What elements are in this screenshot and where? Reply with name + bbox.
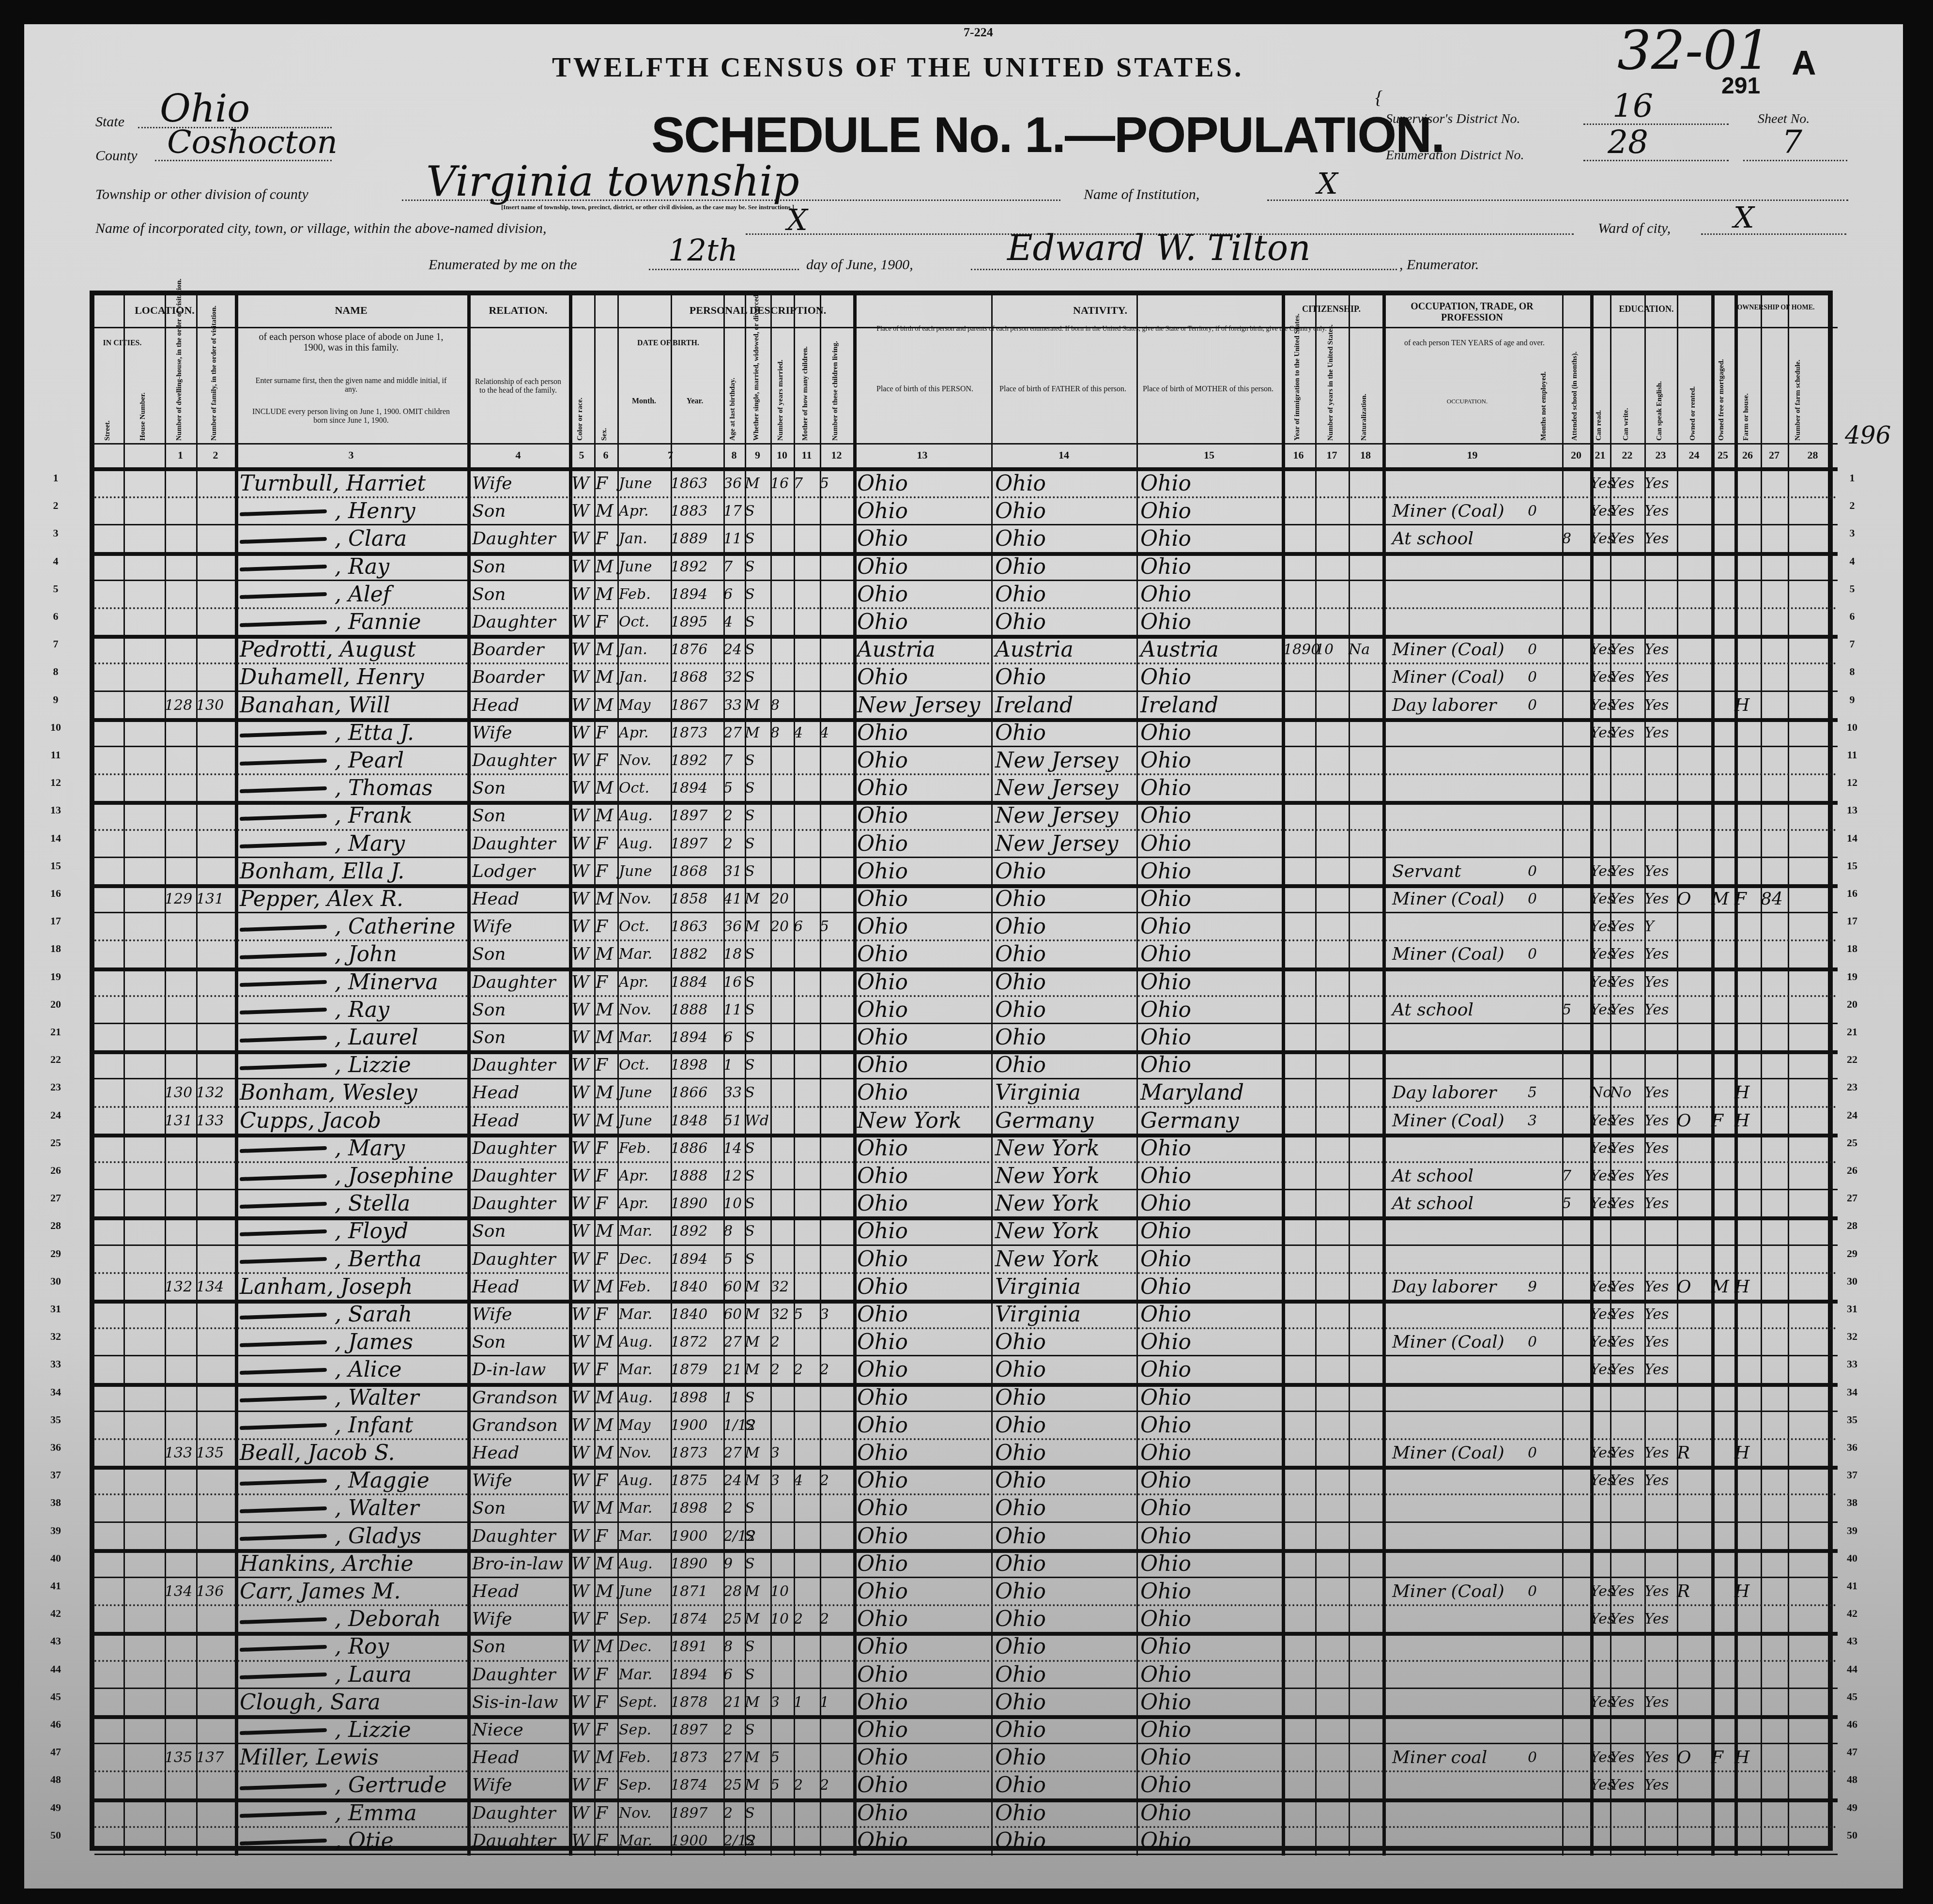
cell-month[interactable]: Jan.: [619, 636, 671, 663]
cell-bp[interactable]: Ohio: [857, 940, 991, 968]
cell-bf[interactable]: Virginia: [995, 1273, 1136, 1301]
cell-bp[interactable]: Ohio: [857, 497, 991, 525]
cell-write[interactable]: Yes: [1610, 1190, 1644, 1217]
cell-bm[interactable]: Ohio: [1140, 968, 1282, 996]
cell-free[interactable]: F: [1711, 1744, 1734, 1771]
cell-read[interactable]: Yes: [1590, 1162, 1610, 1190]
cell-year[interactable]: 1858: [671, 885, 723, 913]
cell-mar[interactable]: S: [745, 1024, 770, 1051]
cell-bp[interactable]: Ohio: [857, 1024, 991, 1051]
cell-age[interactable]: 7: [723, 747, 745, 774]
cell-bm[interactable]: Ohio: [1140, 1384, 1282, 1412]
cell-bp[interactable]: Ohio: [857, 802, 991, 829]
cell-write[interactable]: Yes: [1610, 1605, 1644, 1633]
cell-eng[interactable]: Yes: [1644, 1439, 1677, 1467]
cell-mar[interactable]: M: [745, 1273, 770, 1301]
cell-rel[interactable]: Daughter: [472, 1245, 569, 1273]
name-cell[interactable]: Beall, Jacob S.: [240, 1439, 467, 1467]
cell-mar[interactable]: S: [745, 636, 770, 663]
cell-mar[interactable]: S: [745, 1716, 770, 1744]
cell-bp[interactable]: Ohio: [857, 663, 991, 691]
name-cell[interactable]: , Emma: [240, 1799, 467, 1827]
cell-bf[interactable]: Ohio: [995, 1633, 1136, 1660]
cell-year[interactable]: 1892: [671, 553, 723, 581]
cell-write[interactable]: Yes: [1610, 1356, 1644, 1383]
table-row[interactable]: Clough, SaraSis-in-lawWFSept.187821M311O…: [94, 1689, 1838, 1716]
cell-age[interactable]: 51: [723, 1107, 745, 1135]
cell-mo[interactable]: 4: [794, 1467, 820, 1494]
cell-sex[interactable]: F: [596, 1051, 617, 1079]
cell-bf[interactable]: Ohio: [995, 553, 1136, 581]
ward-value[interactable]: X: [1734, 201, 1754, 235]
cell-own[interactable]: O: [1677, 885, 1711, 913]
cell-unemp[interactable]: 5: [1528, 1079, 1562, 1106]
cell-dw[interactable]: 132: [165, 1273, 196, 1301]
name-cell[interactable]: , Mary: [240, 1135, 467, 1162]
cell-sex[interactable]: M: [596, 1578, 617, 1605]
cell-bf[interactable]: Ohio: [995, 608, 1136, 636]
table-row[interactable]: Bonham, Ella J.LodgerWFJune186831SOhioOh…: [94, 858, 1838, 885]
cell-mar[interactable]: M: [745, 1467, 770, 1494]
cell-write[interactable]: Yes: [1610, 940, 1644, 968]
cell-bf[interactable]: New York: [995, 1162, 1136, 1190]
cell-write[interactable]: Yes: [1610, 1771, 1644, 1799]
cell-sex[interactable]: M: [596, 774, 617, 802]
name-cell[interactable]: , Frank: [240, 802, 467, 829]
cell-bp[interactable]: Ohio: [857, 1439, 991, 1467]
name-cell[interactable]: , Maggie: [240, 1467, 467, 1494]
cell-age[interactable]: 18: [723, 940, 745, 968]
cell-bf[interactable]: New Jersey: [995, 747, 1136, 774]
cell-month[interactable]: Mar.: [619, 1827, 671, 1855]
cell-imm[interactable]: 1890: [1283, 636, 1315, 663]
cell-rel[interactable]: Daughter: [472, 747, 569, 774]
cell-rel[interactable]: Wife: [472, 1605, 569, 1633]
name-cell[interactable]: , Walter: [240, 1384, 467, 1412]
cell-cl[interactable]: 2: [820, 1605, 853, 1633]
cell-mar[interactable]: Wd: [745, 1107, 770, 1135]
cell-read[interactable]: Yes: [1590, 1107, 1610, 1135]
cell-color[interactable]: W: [571, 802, 594, 829]
cell-mar[interactable]: M: [745, 1356, 770, 1383]
cell-rel[interactable]: Wife: [472, 913, 569, 940]
cell-bf[interactable]: Ohio: [995, 719, 1136, 747]
cell-mar[interactable]: M: [745, 885, 770, 913]
cell-bm[interactable]: Ohio: [1140, 1494, 1282, 1522]
cell-ym[interactable]: 10: [770, 1578, 794, 1605]
name-cell[interactable]: , Catherine: [240, 913, 467, 940]
table-row[interactable]: , WalterSonWMMar.18982SOhioOhioOhio: [94, 1494, 1838, 1522]
cell-rel[interactable]: Daughter: [472, 1051, 569, 1079]
cell-year[interactable]: 1898: [671, 1494, 723, 1522]
cell-color[interactable]: W: [571, 774, 594, 802]
cell-bp[interactable]: Ohio: [857, 1412, 991, 1439]
cell-month[interactable]: Nov.: [619, 996, 671, 1024]
name-cell[interactable]: , Otie: [240, 1827, 467, 1855]
cell-year[interactable]: 1900: [671, 1827, 723, 1855]
cell-bf[interactable]: Ohio: [995, 996, 1136, 1024]
cell-month[interactable]: Oct.: [619, 774, 671, 802]
table-row[interactable]: Hankins, ArchieBro-in-lawWMAug.18909SOhi…: [94, 1550, 1838, 1578]
name-cell[interactable]: , Alef: [240, 581, 467, 608]
cell-month[interactable]: Aug.: [619, 1384, 671, 1412]
name-cell[interactable]: , Bertha: [240, 1245, 467, 1273]
cell-bp[interactable]: Ohio: [857, 1051, 991, 1079]
cell-year[interactable]: 1882: [671, 940, 723, 968]
cell-year[interactable]: 1892: [671, 1217, 723, 1245]
cell-bm[interactable]: Ohio: [1140, 608, 1282, 636]
name-cell[interactable]: Pepper, Alex R.: [240, 885, 467, 913]
cell-eng[interactable]: Yes: [1644, 996, 1677, 1024]
cell-bm[interactable]: Ohio: [1140, 1827, 1282, 1855]
cell-rel[interactable]: Daughter: [472, 1190, 569, 1217]
cell-sex[interactable]: F: [596, 608, 617, 636]
cell-bp[interactable]: Ohio: [857, 1135, 991, 1162]
cell-mar[interactable]: S: [745, 1245, 770, 1273]
cell-bm[interactable]: Ohio: [1140, 1051, 1282, 1079]
cell-year[interactable]: 1891: [671, 1633, 723, 1660]
cell-rel[interactable]: Daughter: [472, 968, 569, 996]
cell-write[interactable]: Yes: [1610, 636, 1644, 663]
cell-bf[interactable]: Ohio: [995, 1494, 1136, 1522]
cell-dw[interactable]: 128: [165, 691, 196, 719]
cell-age[interactable]: 9: [723, 1550, 745, 1578]
cell-mar[interactable]: M: [745, 719, 770, 747]
cell-month[interactable]: Oct.: [619, 1051, 671, 1079]
cell-bf[interactable]: Ohio: [995, 1661, 1136, 1689]
cell-write[interactable]: Yes: [1610, 1107, 1644, 1135]
name-cell[interactable]: Bonham, Ella J.: [240, 858, 467, 885]
table-row[interactable]: Turnbull, HarrietWifeWFJune186336M1675Oh…: [94, 470, 1838, 497]
cell-write[interactable]: Yes: [1610, 525, 1644, 553]
cell-age[interactable]: 41: [723, 885, 745, 913]
cell-read[interactable]: Yes: [1590, 1301, 1610, 1328]
cell-bf[interactable]: Ohio: [995, 1522, 1136, 1550]
cell-sex[interactable]: M: [596, 885, 617, 913]
table-row[interactable]: Miller, Lewis135137HeadWMFeb.187327M5Ohi…: [94, 1744, 1838, 1771]
cell-rel[interactable]: Son: [472, 802, 569, 829]
cell-rel[interactable]: D-in-law: [472, 1356, 569, 1383]
cell-bf[interactable]: Ohio: [995, 1716, 1136, 1744]
cell-read[interactable]: Yes: [1590, 1689, 1610, 1716]
cell-rel[interactable]: Head: [472, 1273, 569, 1301]
cell-year[interactable]: 1867: [671, 691, 723, 719]
cell-bf[interactable]: Virginia: [995, 1079, 1136, 1106]
cell-eng[interactable]: Yes: [1644, 858, 1677, 885]
table-row[interactable]: , MaryDaughterWFFeb.188614SOhioNew YorkO…: [94, 1135, 1838, 1162]
cell-write[interactable]: No: [1610, 1079, 1644, 1106]
cell-bf[interactable]: Ohio: [995, 885, 1136, 913]
cell-bp[interactable]: Ohio: [857, 1799, 991, 1827]
cell-write[interactable]: Yes: [1610, 470, 1644, 497]
cell-mar[interactable]: S: [745, 1494, 770, 1522]
cell-read[interactable]: Yes: [1590, 663, 1610, 691]
cell-bf[interactable]: Ohio: [995, 1328, 1136, 1356]
cell-month[interactable]: June: [619, 858, 671, 885]
cell-read[interactable]: Yes: [1590, 1273, 1610, 1301]
cell-cl[interactable]: 5: [820, 470, 853, 497]
cell-sex[interactable]: F: [596, 1689, 617, 1716]
cell-color[interactable]: W: [571, 1689, 594, 1716]
cell-bm[interactable]: Ohio: [1140, 885, 1282, 913]
cell-bf[interactable]: Ohio: [995, 1356, 1136, 1383]
cell-bp[interactable]: Ohio: [857, 1578, 991, 1605]
cell-year[interactable]: 1872: [671, 1328, 723, 1356]
cell-month[interactable]: Feb.: [619, 1135, 671, 1162]
cell-age[interactable]: 11: [723, 996, 745, 1024]
table-row[interactable]: , JamesSonWMAug.187227M2OhioOhioOhioMine…: [94, 1328, 1838, 1356]
cell-bm[interactable]: Ohio: [1140, 1605, 1282, 1633]
cell-occ[interactable]: At school: [1392, 525, 1528, 553]
name-cell[interactable]: Cupps, Jacob: [240, 1107, 467, 1135]
table-row[interactable]: Pepper, Alex R.129131HeadWMNov.185841M20…: [94, 885, 1838, 913]
cell-year[interactable]: 1873: [671, 1744, 723, 1771]
county-value[interactable]: Coshocton: [167, 123, 338, 161]
cell-sex[interactable]: F: [596, 968, 617, 996]
cell-bm[interactable]: Ohio: [1140, 1412, 1282, 1439]
table-row[interactable]: , SarahWifeWFMar.184060M3253OhioVirginia…: [94, 1301, 1838, 1328]
cell-age[interactable]: 10: [723, 1190, 745, 1217]
cell-unemp[interactable]: 0: [1528, 497, 1562, 525]
table-row[interactable]: , ThomasSonWMOct.18945SOhioNew JerseyOhi…: [94, 774, 1838, 802]
name-cell[interactable]: Carr, James M.: [240, 1578, 467, 1605]
cell-color[interactable]: W: [571, 1744, 594, 1771]
name-cell[interactable]: , Stella: [240, 1190, 467, 1217]
cell-ym[interactable]: 2: [770, 1328, 794, 1356]
cell-bm[interactable]: Ohio: [1140, 1328, 1282, 1356]
cell-eng[interactable]: Yes: [1644, 1135, 1677, 1162]
cell-read[interactable]: Yes: [1590, 497, 1610, 525]
cell-bp[interactable]: New York: [857, 1107, 991, 1135]
cell-cl[interactable]: 1: [820, 1689, 853, 1716]
cell-color[interactable]: W: [571, 830, 594, 858]
cell-mar[interactable]: M: [745, 1301, 770, 1328]
cell-eng[interactable]: Yes: [1644, 968, 1677, 996]
table-row[interactable]: , EmmaDaughterWFNov.18972SOhioOhioOhio: [94, 1799, 1838, 1827]
cell-bp[interactable]: Ohio: [857, 1079, 991, 1106]
cell-month[interactable]: Feb.: [619, 1744, 671, 1771]
cell-month[interactable]: Sep.: [619, 1605, 671, 1633]
cell-eng[interactable]: Yes: [1644, 1301, 1677, 1328]
cell-farm[interactable]: F: [1734, 885, 1761, 913]
name-cell[interactable]: , Fannie: [240, 608, 467, 636]
cell-age[interactable]: 1: [723, 1051, 745, 1079]
name-cell[interactable]: , Floyd: [240, 1217, 467, 1245]
cell-occ[interactable]: Day laborer: [1392, 1079, 1528, 1106]
cell-year[interactable]: 1840: [671, 1273, 723, 1301]
cell-month[interactable]: Mar.: [619, 1024, 671, 1051]
cell-bm[interactable]: Ohio: [1140, 553, 1282, 581]
name-cell[interactable]: , Infant: [240, 1412, 467, 1439]
cell-unemp[interactable]: 9: [1528, 1273, 1562, 1301]
table-row[interactable]: Cupps, Jacob131133HeadWMJune184851WdNew …: [94, 1107, 1838, 1135]
supervisor-value[interactable]: 16: [1612, 87, 1653, 124]
cell-bm[interactable]: Ohio: [1140, 1135, 1282, 1162]
cell-mo[interactable]: 5: [794, 1301, 820, 1328]
cell-rel[interactable]: Daughter: [472, 1827, 569, 1855]
cell-read[interactable]: Yes: [1590, 885, 1610, 913]
cell-write[interactable]: Yes: [1610, 719, 1644, 747]
cell-sex[interactable]: F: [596, 1467, 617, 1494]
cell-eng[interactable]: Yes: [1644, 1689, 1677, 1716]
cell-bp[interactable]: Ohio: [857, 581, 991, 608]
cell-rel[interactable]: Sis-in-law: [472, 1689, 569, 1716]
cell-color[interactable]: W: [571, 885, 594, 913]
cell-age[interactable]: 60: [723, 1273, 745, 1301]
name-cell[interactable]: Hankins, Archie: [240, 1550, 467, 1578]
cell-mar[interactable]: M: [745, 1439, 770, 1467]
cell-year[interactable]: 1898: [671, 1051, 723, 1079]
cell-cl[interactable]: 2: [820, 1356, 853, 1383]
cell-color[interactable]: W: [571, 1439, 594, 1467]
cell-color[interactable]: W: [571, 1107, 594, 1135]
cell-mar[interactable]: S: [745, 663, 770, 691]
cell-sex[interactable]: F: [596, 1522, 617, 1550]
cell-sex[interactable]: M: [596, 1273, 617, 1301]
cell-color[interactable]: W: [571, 608, 594, 636]
cell-month[interactable]: Dec.: [619, 1633, 671, 1660]
cell-color[interactable]: W: [571, 525, 594, 553]
table-row[interactable]: , DeborahWifeWFSep.187425M1022OhioOhioOh…: [94, 1605, 1838, 1633]
cell-color[interactable]: W: [571, 636, 594, 663]
cell-bm[interactable]: Ohio: [1140, 774, 1282, 802]
cell-dw[interactable]: 131: [165, 1107, 196, 1135]
cell-color[interactable]: W: [571, 1328, 594, 1356]
cell-rel[interactable]: Head: [472, 1107, 569, 1135]
cell-bf[interactable]: Ohio: [995, 1024, 1136, 1051]
cell-mar[interactable]: S: [745, 1522, 770, 1550]
name-cell[interactable]: Lanham, Joseph: [240, 1273, 467, 1301]
cell-ym[interactable]: 8: [770, 719, 794, 747]
cell-read[interactable]: Yes: [1590, 913, 1610, 940]
cell-mo[interactable]: 4: [794, 719, 820, 747]
cell-color[interactable]: W: [571, 1384, 594, 1412]
name-cell[interactable]: , Gladys: [240, 1522, 467, 1550]
enumerated-day[interactable]: 12th: [668, 232, 738, 268]
cell-age[interactable]: 12: [723, 1162, 745, 1190]
name-cell[interactable]: Clough, Sara: [240, 1689, 467, 1716]
cell-color[interactable]: W: [571, 1633, 594, 1660]
cell-month[interactable]: May: [619, 691, 671, 719]
cell-age[interactable]: 11: [723, 525, 745, 553]
cell-bm[interactable]: Ohio: [1140, 581, 1282, 608]
cell-bp[interactable]: Ohio: [857, 1771, 991, 1799]
cell-write[interactable]: Yes: [1610, 885, 1644, 913]
cell-ym[interactable]: 3: [770, 1439, 794, 1467]
cell-read[interactable]: Yes: [1590, 1605, 1610, 1633]
cell-sex[interactable]: F: [596, 830, 617, 858]
cell-age[interactable]: 27: [723, 719, 745, 747]
cell-month[interactable]: Nov.: [619, 1799, 671, 1827]
cell-color[interactable]: W: [571, 1024, 594, 1051]
cell-rel[interactable]: Wife: [472, 470, 569, 497]
cell-ym[interactable]: 3: [770, 1467, 794, 1494]
cell-sex[interactable]: M: [596, 1633, 617, 1660]
cell-age[interactable]: 2: [723, 1494, 745, 1522]
cell-rel[interactable]: Boarder: [472, 636, 569, 663]
cell-occ[interactable]: Day laborer: [1392, 1273, 1528, 1301]
cell-month[interactable]: May: [619, 1412, 671, 1439]
cell-year[interactable]: 1897: [671, 830, 723, 858]
cell-occ[interactable]: Miner (Coal): [1392, 940, 1528, 968]
cell-occ[interactable]: Miner (Coal): [1392, 497, 1528, 525]
cell-bm[interactable]: Ohio: [1140, 1190, 1282, 1217]
cell-eng[interactable]: Yes: [1644, 1328, 1677, 1356]
cell-sex[interactable]: M: [596, 553, 617, 581]
cell-write[interactable]: Yes: [1610, 968, 1644, 996]
cell-rel[interactable]: Daughter: [472, 608, 569, 636]
table-row[interactable]: , CatherineWifeWFOct.186336M2065OhioOhio…: [94, 913, 1838, 940]
cell-mar[interactable]: M: [745, 1328, 770, 1356]
cell-sch[interactable]: 7: [1562, 1162, 1590, 1190]
cell-eng[interactable]: Yes: [1644, 1356, 1677, 1383]
cell-rel[interactable]: Daughter: [472, 1522, 569, 1550]
cell-bf[interactable]: New York: [995, 1190, 1136, 1217]
cell-mar[interactable]: S: [745, 1135, 770, 1162]
table-row[interactable]: , MaggieWifeWFAug.187524M342OhioOhioOhio…: [94, 1467, 1838, 1494]
cell-color[interactable]: W: [571, 1771, 594, 1799]
cell-mar[interactable]: S: [745, 1799, 770, 1827]
cell-month[interactable]: Sep.: [619, 1716, 671, 1744]
cell-bf[interactable]: Ohio: [995, 1605, 1136, 1633]
cell-bp[interactable]: Ohio: [857, 1301, 991, 1328]
cell-bf[interactable]: Ohio: [995, 1439, 1136, 1467]
cell-bp[interactable]: Ohio: [857, 1522, 991, 1550]
cell-bm[interactable]: Austria: [1140, 636, 1282, 663]
cell-occ[interactable]: Miner (Coal): [1392, 885, 1528, 913]
cell-fam[interactable]: 136: [196, 1578, 235, 1605]
cell-unemp[interactable]: 0: [1528, 663, 1562, 691]
cell-bf[interactable]: New Jersey: [995, 802, 1136, 829]
cell-fam[interactable]: 134: [196, 1273, 235, 1301]
cell-rel[interactable]: Son: [472, 1494, 569, 1522]
cell-year[interactable]: 1863: [671, 913, 723, 940]
cell-age[interactable]: 36: [723, 470, 745, 497]
cell-year[interactable]: 1848: [671, 1107, 723, 1135]
cell-sch[interactable]: 5: [1562, 996, 1590, 1024]
cell-bm[interactable]: Ohio: [1140, 1689, 1282, 1716]
cell-bp[interactable]: Ohio: [857, 774, 991, 802]
cell-month[interactable]: Oct.: [619, 913, 671, 940]
cell-mar[interactable]: S: [745, 1661, 770, 1689]
cell-read[interactable]: Yes: [1590, 968, 1610, 996]
cell-rel[interactable]: Head: [472, 1578, 569, 1605]
cell-bf[interactable]: Ohio: [995, 1827, 1136, 1855]
cell-mar[interactable]: S: [745, 1051, 770, 1079]
name-cell[interactable]: Banahan, Will: [240, 691, 467, 719]
cell-yus[interactable]: 10: [1315, 636, 1349, 663]
cell-write[interactable]: Yes: [1610, 1689, 1644, 1716]
cell-bf[interactable]: Ohio: [995, 1771, 1136, 1799]
cell-color[interactable]: W: [571, 470, 594, 497]
cell-mo[interactable]: 1: [794, 1689, 820, 1716]
cell-own[interactable]: O: [1677, 1107, 1711, 1135]
cell-sex[interactable]: F: [596, 747, 617, 774]
name-cell[interactable]: , John: [240, 940, 467, 968]
cell-write[interactable]: Yes: [1610, 913, 1644, 940]
cell-bp[interactable]: Ohio: [857, 747, 991, 774]
cell-color[interactable]: W: [571, 1578, 594, 1605]
cell-rel[interactable]: Son: [472, 1633, 569, 1660]
cell-sex[interactable]: M: [596, 1550, 617, 1578]
cell-age[interactable]: 27: [723, 1439, 745, 1467]
cell-bf[interactable]: Ohio: [995, 940, 1136, 968]
cell-write[interactable]: Yes: [1610, 1301, 1644, 1328]
cell-fam[interactable]: 135: [196, 1439, 235, 1467]
cell-year[interactable]: 1868: [671, 663, 723, 691]
name-cell[interactable]: , Ray: [240, 996, 467, 1024]
name-cell[interactable]: , Pearl: [240, 747, 467, 774]
